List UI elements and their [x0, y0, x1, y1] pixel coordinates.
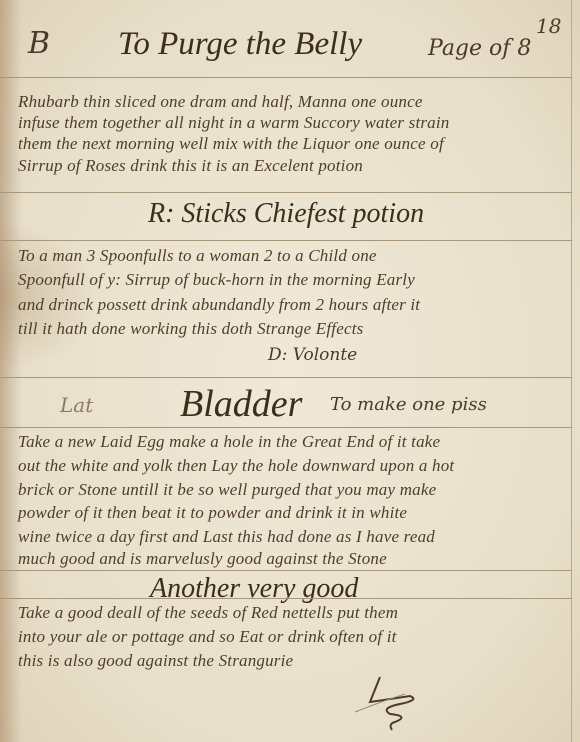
- recipe-line: them the next morning well mix with the …: [18, 134, 444, 154]
- recipe-line: powder of it then beat it to powder and …: [18, 503, 407, 523]
- rule-line: [0, 240, 572, 241]
- recipe-line: this is also good against the Strangurie: [18, 651, 293, 671]
- recipe-title-purge: To Purge the Belly: [118, 26, 362, 63]
- recipe-line: Spoonfull of y: Sirrup of buck-horn in t…: [18, 270, 415, 290]
- rule-line: [0, 192, 572, 193]
- recipe-title-bladder: Bladder: [180, 382, 302, 426]
- rule-line: [0, 427, 572, 428]
- recipe-line: infuse them together all night in a warm…: [18, 113, 450, 133]
- recipe-line: wine twice a day first and Last this had…: [18, 527, 435, 547]
- rule-line: [0, 570, 572, 571]
- recipe-title-another: Another very good: [150, 573, 358, 605]
- recipe-subtitle: To make one piss: [330, 394, 487, 415]
- right-margin-line: [571, 0, 572, 742]
- recipe-line: and drinck possett drink abundandly from…: [18, 295, 420, 315]
- recipe-line: out the white and yolk then Lay the hole…: [18, 456, 454, 476]
- rule-line: [0, 77, 572, 78]
- recipe-line: into your ale or pottage and so Eat or d…: [18, 627, 397, 647]
- margin-note: Lat: [60, 393, 93, 417]
- recipe-line: Take a good deall of the seeds of Red ne…: [18, 603, 398, 623]
- side-note-page: Page of 8: [428, 36, 531, 61]
- recipe-line: much good and is marvelusly good against…: [18, 549, 387, 569]
- recipe-line: To a man 3 Spoonfulls to a woman 2 to a …: [18, 246, 377, 266]
- page-number: 18: [536, 14, 561, 38]
- closing-flourish-icon: [350, 672, 440, 732]
- manuscript-page: B To Purge the Belly Page of 8 18 Rhubar…: [0, 0, 580, 742]
- recipe-line: Sirrup of Roses drink this it is an Exce…: [18, 156, 363, 176]
- corner-mark: B: [28, 26, 50, 61]
- recipe-line: brick or Stone untill it be so well purg…: [18, 480, 436, 500]
- rule-line: [0, 598, 572, 599]
- recipe-line: Take a new Laid Egg make a hole in the G…: [18, 432, 440, 452]
- signature: D: Volonte: [268, 345, 357, 365]
- recipe-title-potion: R: Sticks Chiefest potion: [148, 198, 424, 230]
- rule-line: [0, 377, 572, 378]
- recipe-line: Rhubarb thin sliced one dram and half, M…: [18, 92, 423, 112]
- recipe-line: till it hath done working this doth Stra…: [18, 319, 363, 339]
